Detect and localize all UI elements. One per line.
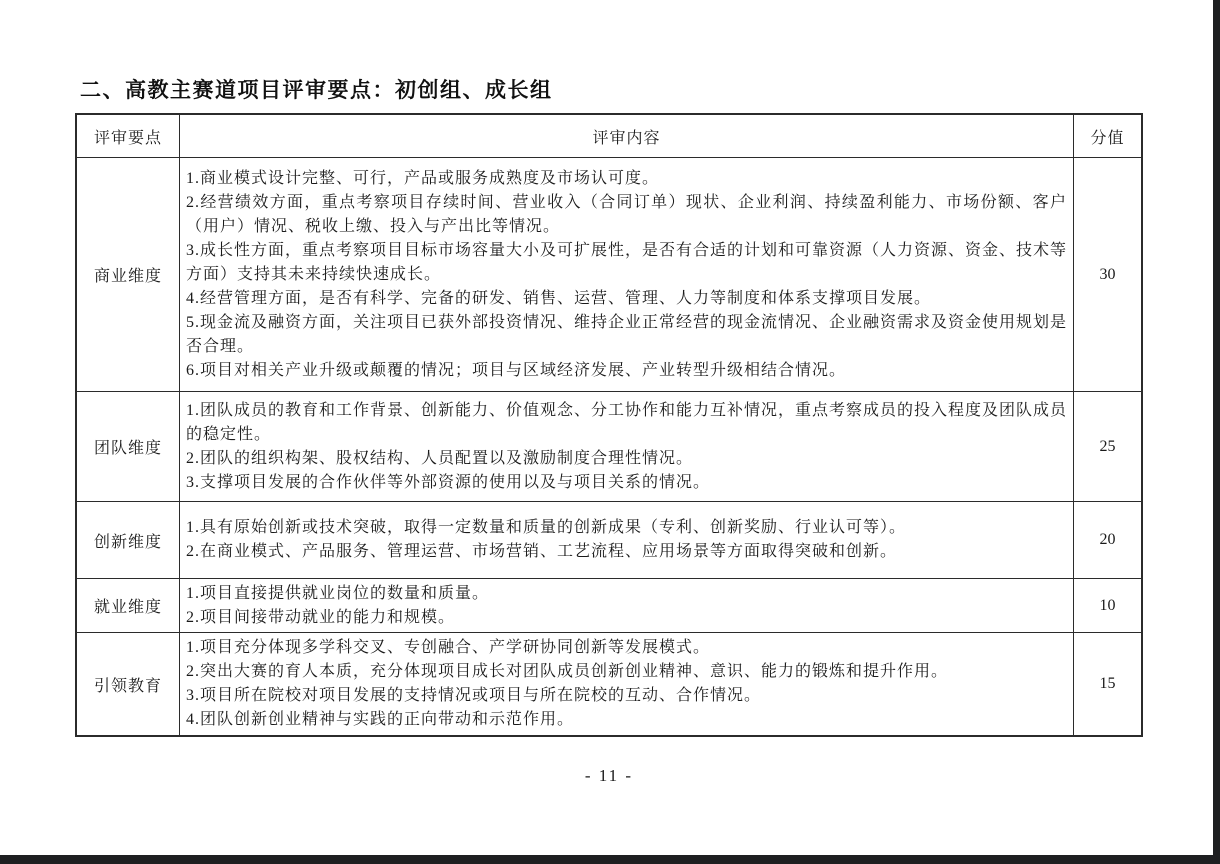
content-item: 1.团队成员的教育和工作背景、创新能力、价值观念、分工协作和能力互补情况，重点考… [186, 399, 1067, 447]
content-item: 3.支撑项目发展的合作伙伴等外部资源的使用以及与项目关系的情况。 [186, 471, 1067, 495]
content-cell: 1.商业模式设计完整、可行，产品或服务成熟度及市场认可度。 2.经营绩效方面，重… [180, 158, 1073, 391]
table-row-employment: 就业维度 1.项目直接提供就业岗位的数量和质量。 2.项目间接带动就业的能力和规… [77, 578, 1141, 632]
content-item: 2.经营绩效方面，重点考察项目存续时间、营业收入（合同订单）现状、企业利润、持续… [186, 191, 1067, 239]
content-item: 4.团队创新创业精神与实践的正向带动和示范作用。 [186, 708, 1067, 732]
scan-edge-right [1213, 0, 1220, 864]
content-item: 6.项目对相关产业升级或颠覆的情况；项目与区域经济发展、产业转型升级相结合情况。 [186, 359, 1067, 383]
review-criteria-table: 评审要点 评审内容 分值 商业维度 1.商业模式设计完整、可行，产品或服务成熟度… [75, 113, 1143, 737]
content-item: 1.商业模式设计完整、可行，产品或服务成熟度及市场认可度。 [186, 167, 1067, 191]
table-header-row: 评审要点 评审内容 分值 [77, 115, 1141, 157]
page-title: 二、高教主赛道项目评审要点：初创组、成长组 [80, 74, 553, 104]
content-item: 5.现金流及融资方面，关注项目已获外部投资情况、维持企业正常经营的现金流情况、企… [186, 311, 1067, 359]
criteria-cell: 团队维度 [77, 392, 180, 501]
table-row-business: 商业维度 1.商业模式设计完整、可行，产品或服务成熟度及市场认可度。 2.经营绩… [77, 157, 1141, 391]
content-item: 1.项目直接提供就业岗位的数量和质量。 [186, 582, 1067, 606]
content-cell: 1.具有原始创新或技术突破，取得一定数量和质量的创新成果（专利、创新奖励、行业认… [180, 502, 1073, 578]
content-item: 3.项目所在院校对项目发展的支持情况或项目与所在院校的互动、合作情况。 [186, 684, 1067, 708]
criteria-cell: 创新维度 [77, 502, 180, 578]
table-row-innovation: 创新维度 1.具有原始创新或技术突破，取得一定数量和质量的创新成果（专利、创新奖… [77, 501, 1141, 578]
header-criteria: 评审要点 [77, 115, 180, 157]
content-item: 4.经营管理方面，是否有科学、完备的研发、销售、运营、管理、人力等制度和体系支撑… [186, 287, 1067, 311]
header-content: 评审内容 [180, 115, 1073, 157]
table-row-education: 引领教育 1.项目充分体现多学科交叉、专创融合、产学研协同创新等发展模式。 2.… [77, 632, 1141, 735]
scan-edge-bottom [0, 855, 1220, 864]
content-item: 2.突出大赛的育人本质，充分体现项目成长对团队成员创新创业精神、意识、能力的锻炼… [186, 660, 1067, 684]
content-cell: 1.团队成员的教育和工作背景、创新能力、价值观念、分工协作和能力互补情况，重点考… [180, 392, 1073, 501]
content-item: 3.成长性方面，重点考察项目目标市场容量大小及可扩展性，是否有合适的计划和可靠资… [186, 239, 1067, 287]
criteria-cell: 引领教育 [77, 633, 180, 735]
content-item: 1.具有原始创新或技术突破，取得一定数量和质量的创新成果（专利、创新奖励、行业认… [186, 516, 1067, 540]
score-cell: 10 [1073, 579, 1141, 632]
header-score: 分值 [1073, 115, 1141, 157]
score-cell: 15 [1073, 633, 1141, 735]
criteria-cell: 商业维度 [77, 158, 180, 391]
score-cell: 25 [1073, 392, 1141, 501]
content-item: 2.团队的组织构架、股权结构、人员配置以及激励制度合理性情况。 [186, 447, 1067, 471]
content-item: 1.项目充分体现多学科交叉、专创融合、产学研协同创新等发展模式。 [186, 636, 1067, 660]
content-item: 2.项目间接带动就业的能力和规模。 [186, 606, 1067, 630]
score-cell: 20 [1073, 502, 1141, 578]
content-item: 2.在商业模式、产品服务、管理运营、市场营销、工艺流程、应用场景等方面取得突破和… [186, 540, 1067, 564]
criteria-cell: 就业维度 [77, 579, 180, 632]
page-number: - 11 - [75, 766, 1143, 786]
content-cell: 1.项目直接提供就业岗位的数量和质量。 2.项目间接带动就业的能力和规模。 [180, 579, 1073, 632]
content-cell: 1.项目充分体现多学科交叉、专创融合、产学研协同创新等发展模式。 2.突出大赛的… [180, 633, 1073, 735]
score-cell: 30 [1073, 158, 1141, 391]
table-row-team: 团队维度 1.团队成员的教育和工作背景、创新能力、价值观念、分工协作和能力互补情… [77, 391, 1141, 501]
